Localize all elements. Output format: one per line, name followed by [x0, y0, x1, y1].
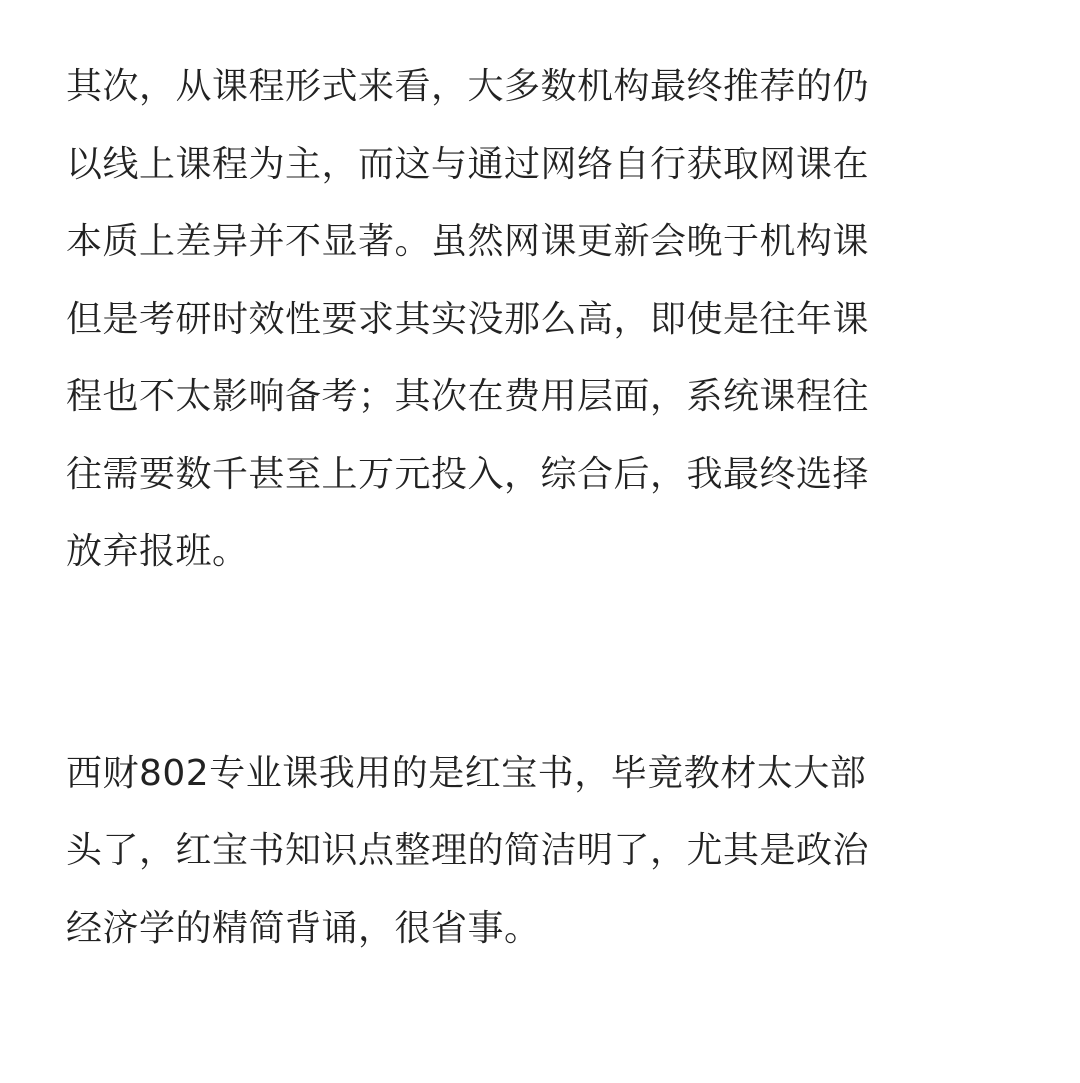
article-body: 其次，从课程形式来看，大多数机构最终推荐的仍 以线上课程为主，而这与通过网络自行… [66, 48, 1026, 967]
text-line: 往需要数千甚至上万元投入，综合后，我最终选择 [66, 436, 1026, 514]
text-line: 但是考研时效性要求其实没那么高，即使是往年课 [66, 281, 1026, 359]
text-line: 头了，红宝书知识点整理的简洁明了，尤其是政治 [66, 812, 1026, 890]
paragraph-textbook: 西财802专业课我用的是红宝书，毕竟教材太大部 头了，红宝书知识点整理的简洁明了… [66, 735, 1026, 968]
text-line: 放弃报班。 [66, 513, 1026, 591]
text-line: 程也不太影响备考；其次在费用层面，系统课程往 [66, 358, 1026, 436]
paragraph-spacer [66, 591, 1026, 735]
text-line: 经济学的精简背诵，很省事。 [66, 890, 1026, 968]
text-line: 以线上课程为主，而这与通过网络自行获取网课在 [66, 126, 1026, 204]
text-line: 本质上差异并不显著。虽然网课更新会晚于机构课 [66, 203, 1026, 281]
text-line: 其次，从课程形式来看，大多数机构最终推荐的仍 [66, 48, 1026, 126]
text-line: 西财802专业课我用的是红宝书，毕竟教材太大部 [66, 735, 1026, 813]
paragraph-course-format: 其次，从课程形式来看，大多数机构最终推荐的仍 以线上课程为主，而这与通过网络自行… [66, 48, 1026, 591]
